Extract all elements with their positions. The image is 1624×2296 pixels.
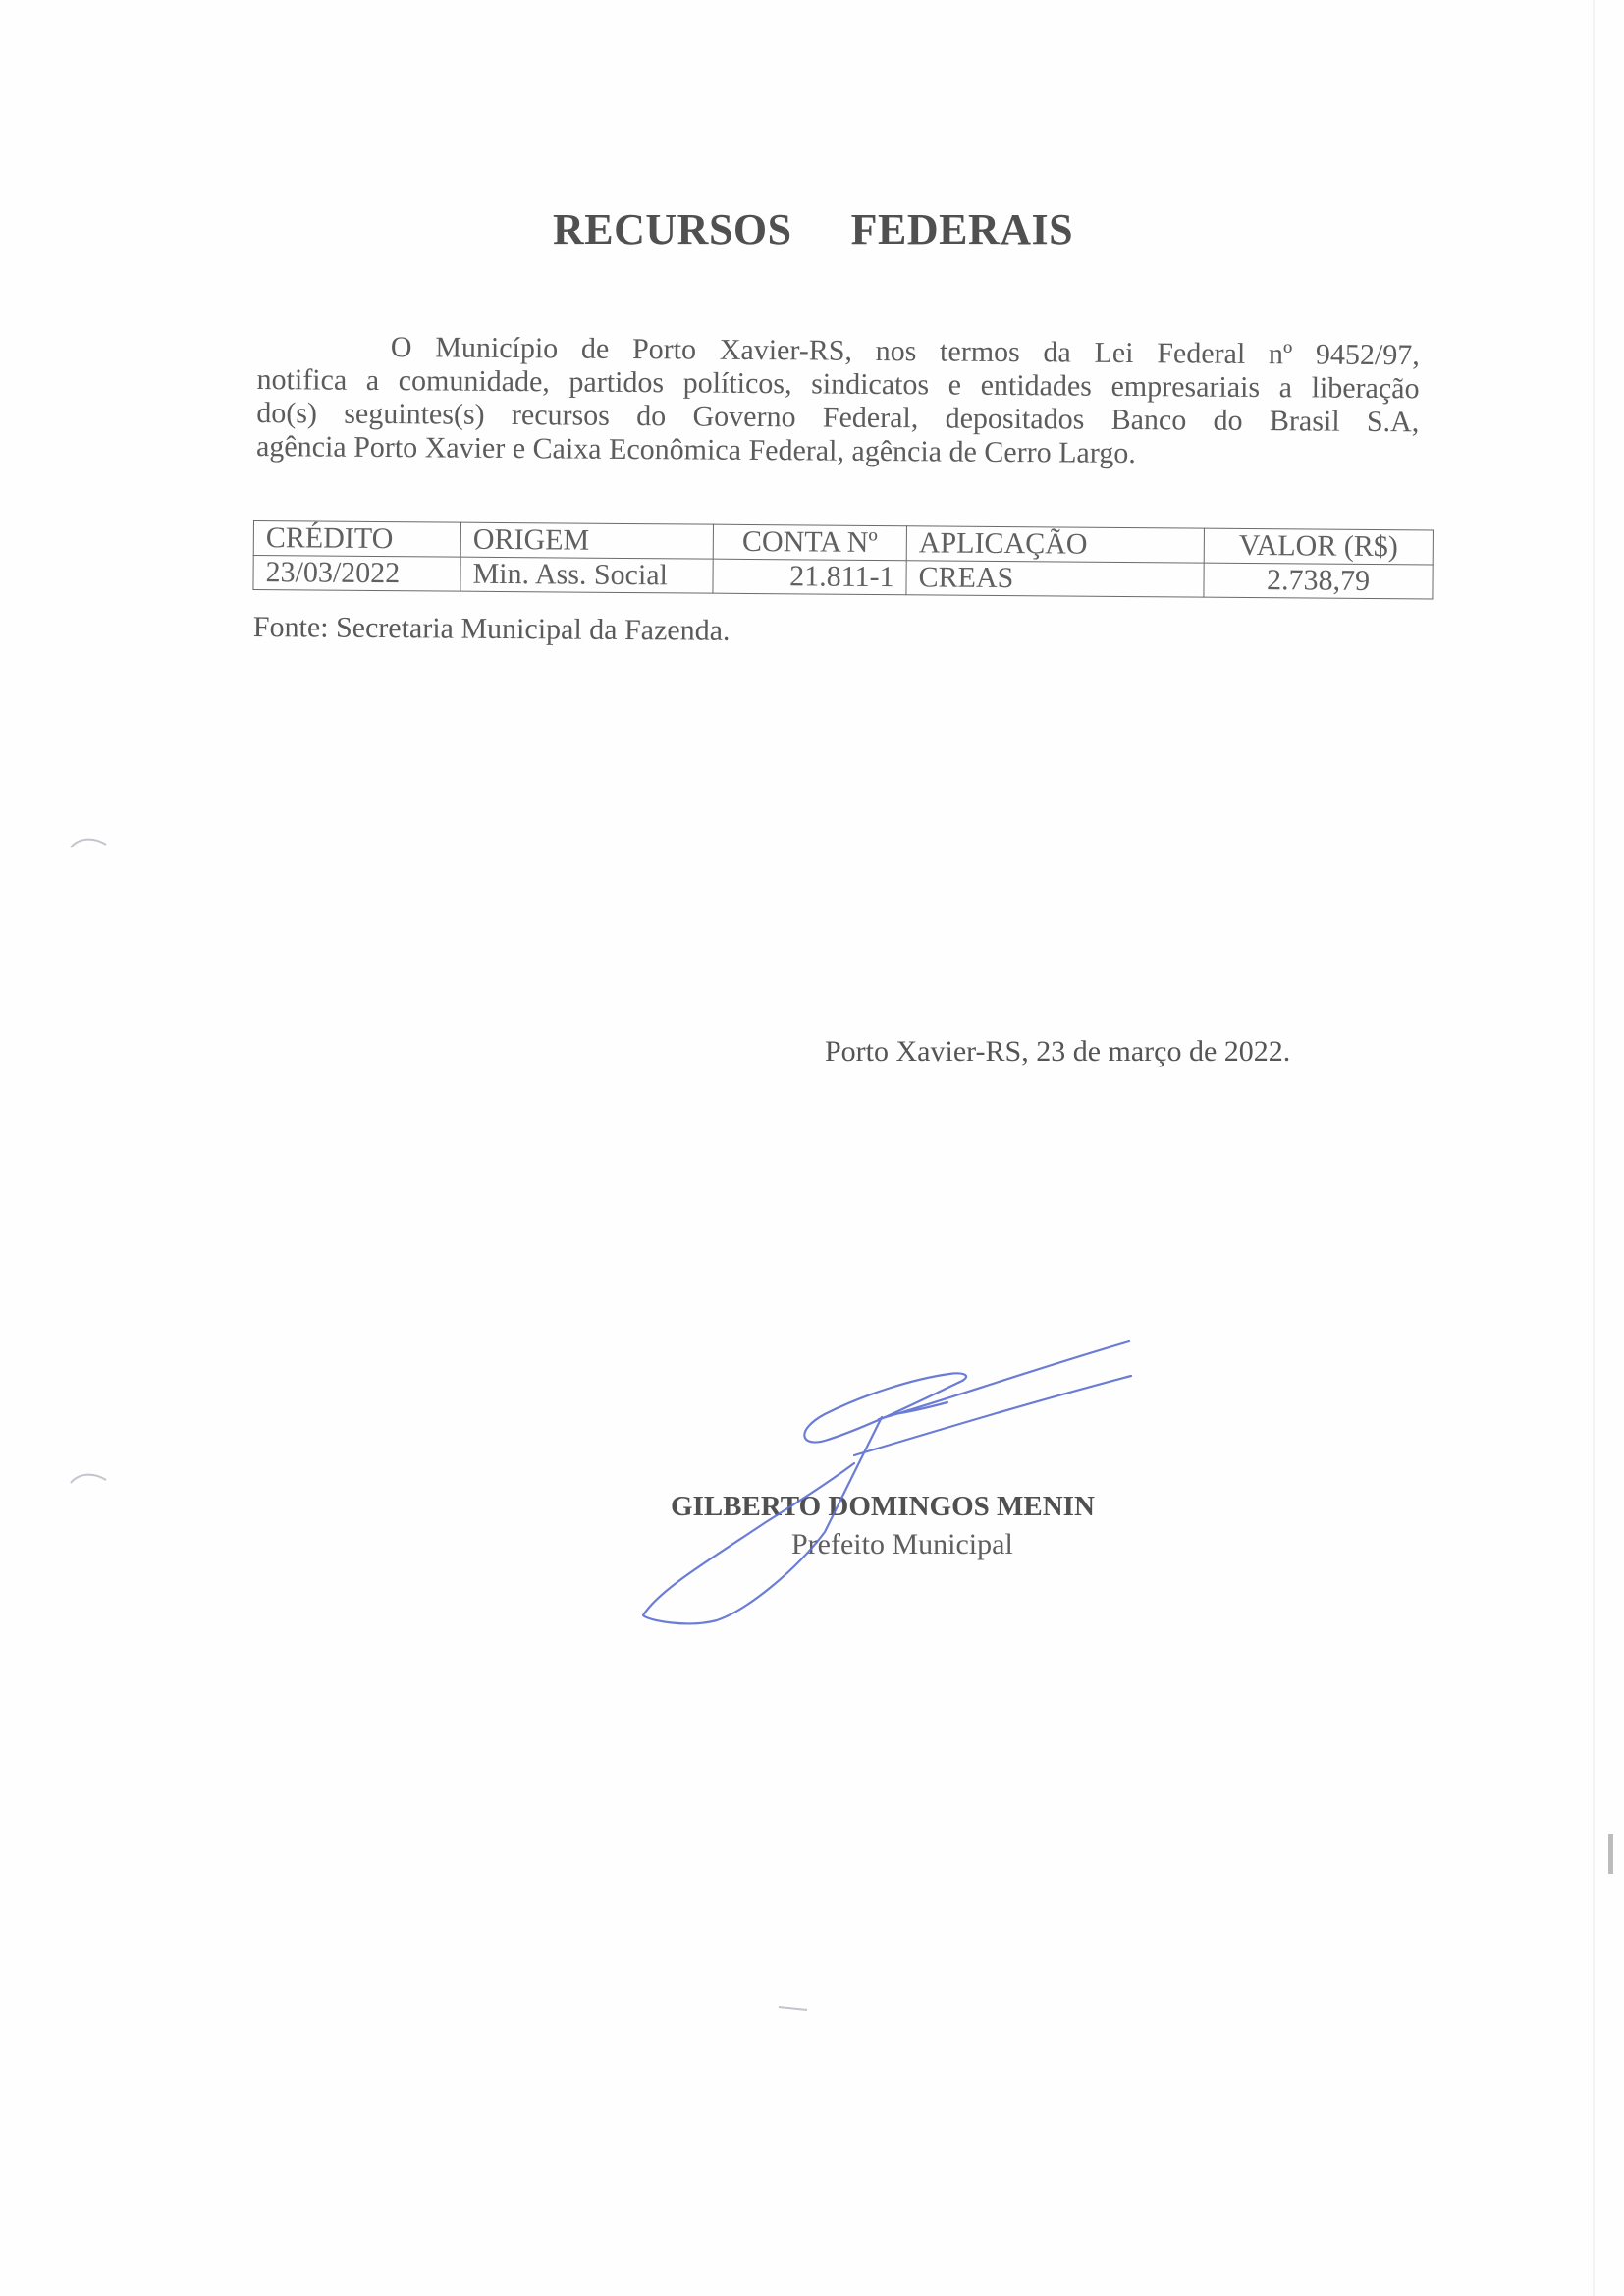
scanned-page: RECURSOSFEDERAIS O Município de Porto Xa… [0, 0, 1624, 2296]
notice-paragraph: O Município de Porto Xavier-RS, nos term… [256, 330, 1420, 472]
cell-aplicacao: CREAS [906, 561, 1204, 597]
resources-table: CRÉDITO ORIGEM CONTA Nº APLICAÇÃO VALOR … [252, 520, 1434, 599]
header-credito: CRÉDITO [253, 521, 460, 558]
source-note: Fonte: Secretaria Municipal da Fazenda. [253, 611, 731, 648]
signer-name: GILBERTO DOMINGOS MENIN [671, 1491, 1095, 1523]
document-title: RECURSOSFEDERAIS [553, 204, 1073, 254]
title-word-1: RECURSOS [553, 205, 792, 253]
header-valor: VALOR (R$) [1204, 528, 1433, 565]
title-word-2: FEDERAIS [851, 205, 1074, 253]
cell-origem: Min. Ass. Social [460, 557, 713, 593]
header-conta: CONTA Nº [713, 524, 906, 561]
header-origem: ORIGEM [460, 522, 713, 559]
cell-conta: 21.811-1 [713, 559, 906, 595]
header-aplicacao: APLICAÇÃO [906, 526, 1204, 563]
scan-edge-line [1593, 0, 1595, 2296]
signer-role: Prefeito Municipal [791, 1528, 1013, 1561]
cell-valor: 2.738,79 [1204, 563, 1433, 599]
cell-credito: 23/03/2022 [253, 556, 460, 592]
place-and-date: Porto Xavier-RS, 23 de março de 2022. [825, 1035, 1290, 1068]
